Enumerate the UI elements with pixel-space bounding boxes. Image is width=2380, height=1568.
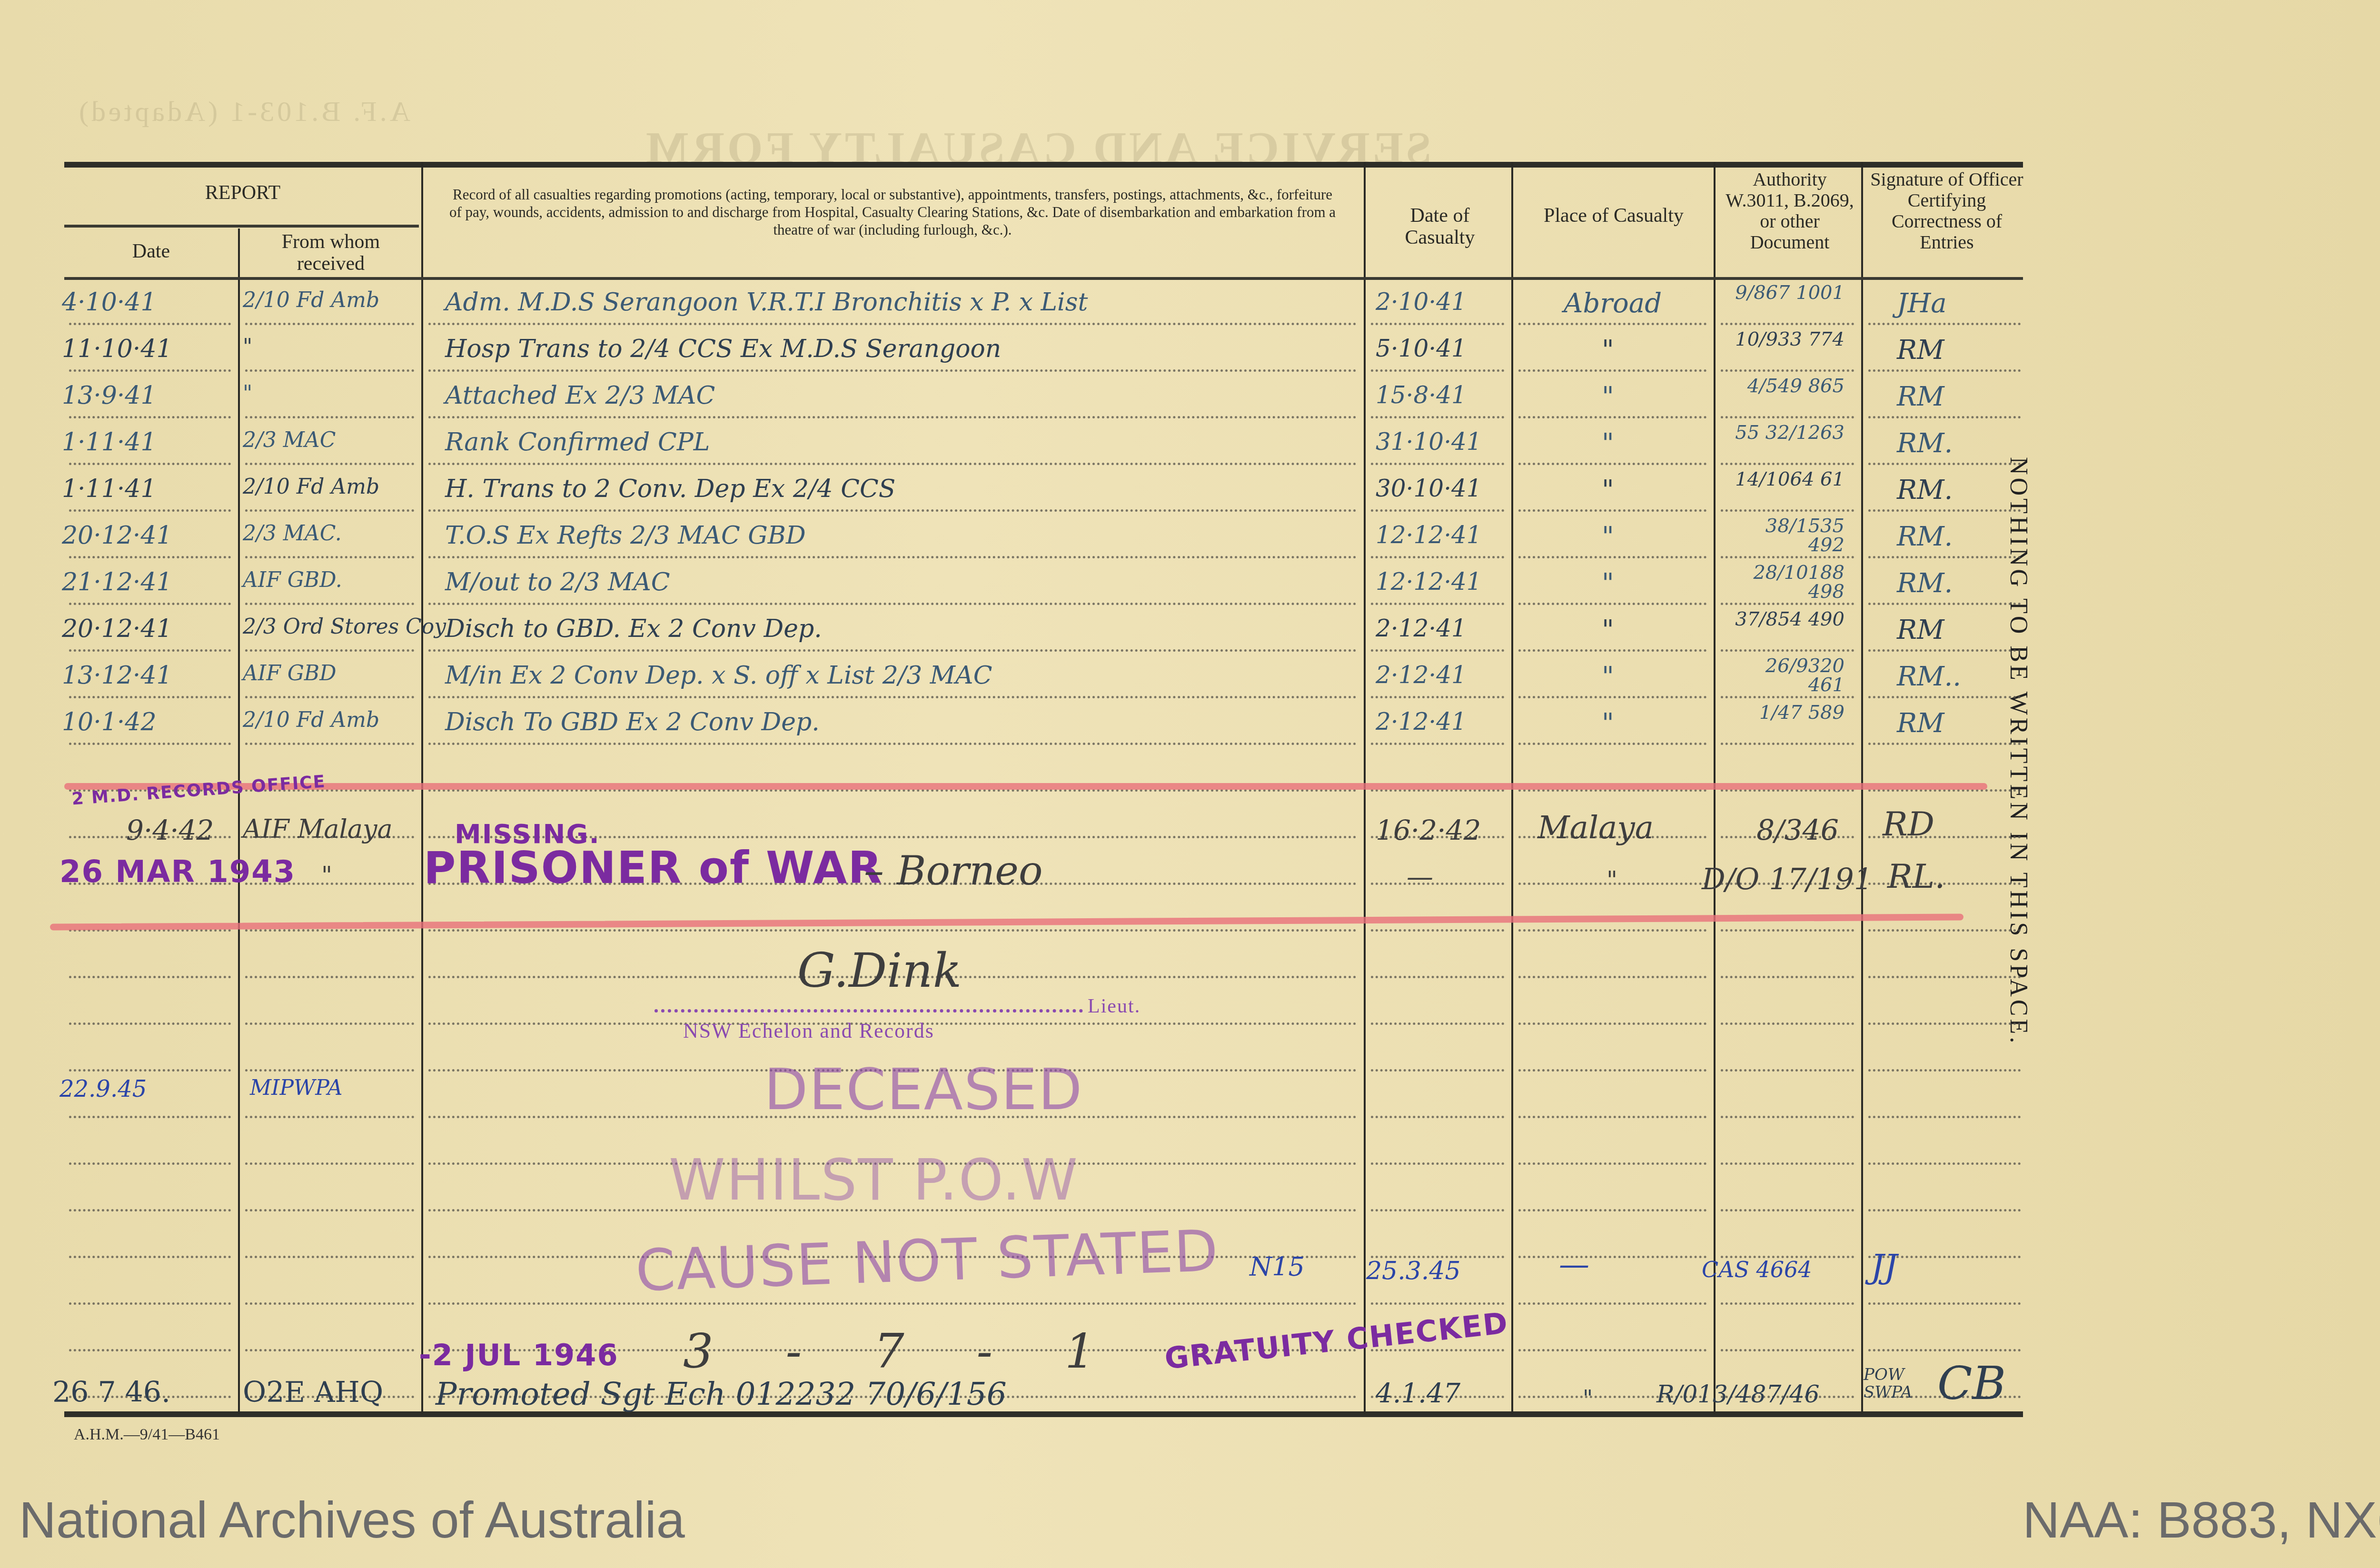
row-date-casualty: 2·12·41: [1376, 661, 1467, 689]
ruled-line: [1371, 509, 1504, 512]
ruled-line: [245, 1116, 414, 1118]
ruled-line: [1518, 369, 1706, 372]
row-from: ": [243, 335, 252, 359]
row-place: ": [1602, 708, 1614, 739]
ruled-line: [1721, 416, 1854, 418]
row-date: 11·10·41: [62, 335, 172, 363]
pow-row2-place: ": [1606, 866, 1617, 894]
header-authority: Authority W.3011, B.2069, or other Docum…: [1723, 169, 1856, 253]
ruled-line: [1371, 1162, 1504, 1165]
row-date: 20·12·41: [62, 615, 172, 643]
pow-borneo: – Borneo: [864, 847, 1043, 894]
ruled-line: [69, 416, 231, 418]
row-signature: RM: [1897, 335, 1944, 366]
row-date: 13·12·41: [62, 661, 172, 690]
row-place: ": [1602, 335, 1614, 366]
ruled-line: [1371, 929, 1504, 932]
cause-not-stated-stamp: CAUSE NOT STATED: [635, 1218, 1220, 1305]
ruled-line: [1868, 323, 2021, 325]
row-date: 10·1·42: [62, 708, 156, 736]
row-record: Disch To GBD Ex 2 Conv Dep.: [445, 708, 820, 736]
ruled-line: [1518, 416, 1706, 418]
ruled-line: [245, 1209, 414, 1211]
ruled-line: [69, 976, 231, 978]
row-from: 2/3 MAC: [243, 428, 336, 452]
ruled-line: [1371, 323, 1504, 325]
ruled-line: [245, 369, 414, 372]
ruled-line: [1721, 929, 1854, 932]
final-row-place: ": [1583, 1385, 1593, 1411]
bottom-rule: [64, 1411, 2023, 1417]
jul-1946-stamp: -2 JUL 1946: [419, 1338, 619, 1372]
final-row-from: O2E AHQ: [243, 1376, 383, 1409]
row-signature: RM.: [1897, 521, 1953, 552]
ruled-line: [1868, 976, 2021, 978]
row-authority: 4/549 865: [1730, 377, 1844, 396]
ruled-line: [1518, 1162, 1706, 1165]
header-signature: Signature of Officer Certifying Correctn…: [1868, 169, 2025, 253]
final-row-date-casualty: 4.1.47: [1376, 1378, 1460, 1409]
ruled-line: [1518, 556, 1706, 558]
row-authority: 10/933 774: [1730, 330, 1844, 349]
header-place-of-casualty: Place of Casualty: [1521, 205, 1706, 227]
ruled-line: [69, 1116, 231, 1118]
ruled-line: [1518, 743, 1706, 745]
ruled-line: [1518, 696, 1706, 698]
ruled-line: [1518, 1302, 1706, 1305]
ruled-line: [1371, 696, 1504, 698]
prisoner-of-war-stamp: PRISONER of WAR: [424, 843, 883, 893]
pow-row2-from: ": [321, 862, 332, 889]
ruled-line: [245, 323, 414, 325]
header-from-whom: From whom received: [250, 231, 412, 275]
ruled-line: [245, 1302, 414, 1305]
ruled-line: [245, 509, 414, 512]
ruled-line: [1868, 603, 2021, 605]
deceased-stamp: DECEASED: [764, 1057, 1083, 1123]
echelon-stamp: NSW Echelon and Records: [683, 1019, 934, 1043]
ruled-line: [245, 929, 414, 932]
ruled-line: [1721, 1069, 1854, 1072]
ruled-line: [1371, 463, 1504, 465]
ruled-line: [428, 463, 1357, 465]
pow-row1-from: AIF Malaya: [243, 814, 393, 844]
n15-date-casualty: 25.3.45: [1366, 1257, 1460, 1285]
ruled-line: [428, 649, 1357, 652]
header-record: Record of all casualties regarding promo…: [445, 186, 1340, 239]
row-signature: RM: [1897, 708, 1944, 739]
ruled-line: [1868, 1162, 2021, 1165]
header-date: Date: [64, 240, 238, 262]
ruled-line: [1371, 603, 1504, 605]
row-date-casualty: 30·10·41: [1376, 475, 1482, 502]
ruled-line: [1868, 1116, 2021, 1118]
row-from: AIF GBD.: [243, 568, 342, 592]
row-record: H. Trans to 2 Conv. Dep Ex 2/4 CCS: [445, 475, 895, 503]
ruled-line: [245, 1069, 414, 1072]
ruled-line: [1868, 1209, 2021, 1211]
row-authority: 55 32/1263: [1730, 423, 1844, 442]
n15-authority: CAS 4664: [1702, 1257, 1812, 1282]
ruled-line: [69, 509, 231, 512]
ruled-line: [1371, 883, 1504, 885]
ruled-line: [1868, 743, 2021, 745]
officer-signature: G.Dink: [797, 943, 962, 998]
final-row-date: 26 7 46.: [52, 1376, 170, 1409]
row-date-casualty: 12·12·41: [1376, 521, 1482, 549]
row-from: 2/10 Fd Amb: [243, 475, 379, 499]
red-rule-top: [64, 783, 1987, 790]
ruled-line: [1518, 929, 1706, 932]
ruled-line: [245, 556, 414, 558]
row-date: 1·11·41: [62, 475, 156, 503]
row-date: 13·9·41: [62, 381, 156, 410]
ruled-line: [69, 603, 231, 605]
row-authority: 26/9320 461: [1730, 656, 1844, 695]
row-authority: 9/867 1001: [1730, 283, 1844, 302]
ruled-line: [69, 1069, 231, 1072]
ruled-line: [1721, 1022, 1854, 1025]
ruled-line: [1721, 463, 1854, 465]
final-row-record: Promoted Sgt Ech 012232 70/6/156: [436, 1376, 1007, 1412]
print-code: A.H.M.—9/41—B461: [74, 1426, 220, 1444]
ruled-line: [428, 509, 1357, 512]
row-place: ": [1602, 661, 1614, 692]
ruled-line: [1721, 1302, 1854, 1305]
n15-signature: JJ: [1871, 1247, 1897, 1286]
ruled-line: [1721, 696, 1854, 698]
ruled-line: [1518, 1116, 1706, 1118]
final-row-signature: CB: [1937, 1357, 2006, 1410]
row-record: Disch to GBD. Ex 2 Conv Dep.: [445, 615, 822, 643]
ruled-line: [245, 649, 414, 652]
row-record: M/out to 2/3 MAC: [445, 568, 670, 596]
ruled-line: [1721, 556, 1854, 558]
row-place: ": [1602, 475, 1614, 506]
whilst-pow-stamp: WHILST P.O.W: [669, 1147, 1079, 1213]
ruled-line: [1518, 603, 1706, 605]
ruled-line: [245, 603, 414, 605]
ruled-line: [1518, 976, 1706, 978]
row-from: 2/3 Ord Stores Coy: [243, 615, 446, 639]
ruled-line: [1721, 1209, 1854, 1211]
row-date: 21·12·41: [62, 568, 172, 596]
ruled-line: [428, 556, 1357, 558]
row-from: 2/10 Fd Amb: [243, 708, 379, 732]
row-signature: RM.: [1897, 568, 1953, 599]
row-signature: RM.: [1897, 475, 1953, 506]
ruled-line: [1868, 1069, 2021, 1072]
row-from: 2/3 MAC.: [243, 521, 342, 546]
n15-record: N15: [1249, 1252, 1305, 1282]
row-signature: RM..: [1897, 661, 1961, 692]
ruled-line: [69, 1256, 231, 1258]
ruled-line: [245, 463, 414, 465]
ruled-line: [245, 416, 414, 418]
row-place: ": [1602, 381, 1614, 412]
ruled-line: [1868, 929, 2021, 932]
records-office-stamp: 2 M.D. RECORDS OFFICE: [71, 772, 326, 809]
row-date: 4·10·41: [62, 288, 156, 317]
header-bottom-rule: [64, 277, 2023, 280]
ruled-line: [245, 743, 414, 745]
ruled-line: [1721, 1116, 1854, 1118]
row-record: M/in Ex 2 Conv Dep. x S. off x List 2/3 …: [445, 661, 992, 690]
ruled-line: [1371, 976, 1504, 978]
row-date-casualty: 12·12·41: [1376, 568, 1482, 595]
footer-reference: NAA: B883, NX69389: [2023, 1490, 2380, 1549]
ruled-line: [1868, 556, 2021, 558]
ruled-line: [428, 369, 1357, 372]
ruled-line: [1518, 1209, 1706, 1211]
gratuity-checked-stamp: GRATUITY CHECKED: [1163, 1305, 1510, 1376]
row-from: AIF GBD: [243, 661, 336, 685]
header-report: REPORT: [64, 182, 421, 204]
row-place: ": [1602, 615, 1614, 645]
ruled-line: [1721, 1349, 1854, 1351]
gratuity-numbers: 3 - 7 - 1: [683, 1323, 1124, 1379]
ruled-line: [245, 1349, 414, 1351]
row-signature: RM: [1897, 381, 1944, 412]
pow-row1-date: 9·4·42: [126, 814, 214, 846]
signature-line: [654, 1009, 1083, 1012]
ruled-line: [1518, 1256, 1706, 1258]
row-record: Rank Confirmed CPL: [445, 428, 710, 457]
ruled-line: [69, 696, 231, 698]
ruled-line: [245, 1162, 414, 1165]
ruled-line: [1721, 603, 1854, 605]
ruled-line: [1721, 743, 1854, 745]
ruled-line: [1868, 1302, 2021, 1305]
ruled-line: [1721, 323, 1854, 325]
row-date-casualty: 5·10·41: [1376, 335, 1467, 362]
row-date-casualty: 15·8·41: [1376, 381, 1467, 409]
row-date-casualty: 2·12·41: [1376, 615, 1467, 642]
row-date-casualty: 31·10·41: [1376, 428, 1482, 456]
row-date: 20·12·41: [62, 521, 172, 550]
ruled-line: [428, 603, 1357, 605]
ruled-line: [245, 1256, 414, 1258]
pow-row1-place: Malaya: [1537, 809, 1654, 846]
ruled-line: [1371, 416, 1504, 418]
ruled-line: [245, 696, 414, 698]
ruled-line: [1371, 1302, 1504, 1305]
top-rule: [64, 162, 2023, 168]
row-record: T.O.S Ex Refts 2/3 MAC GBD: [445, 521, 806, 550]
pow-row1-date-casualty: 16·2·42: [1376, 814, 1481, 846]
ruled-line: [1371, 1116, 1504, 1118]
row-place: ": [1602, 428, 1614, 459]
row-record: Attached Ex 2/3 MAC: [445, 381, 715, 410]
pow-row2-authority: D/O 17/191: [1702, 862, 1873, 896]
row-place: ": [1602, 521, 1614, 552]
deceased-row-from: MIPWPA: [250, 1076, 343, 1100]
ruled-line: [69, 369, 231, 372]
row-signature: JHa: [1897, 288, 1947, 319]
ruled-line: [428, 743, 1357, 745]
ruled-line: [428, 416, 1357, 418]
ruled-line: [69, 1022, 231, 1025]
n15-place: —: [1559, 1247, 1589, 1282]
header-date-of-casualty: Date of Casualty: [1373, 205, 1507, 248]
row-place: ": [1602, 568, 1614, 599]
casualty-form: REPORT Date From whom received Record of…: [64, 162, 2023, 1419]
row-record: Hosp Trans to 2/4 CCS Ex M.D.S Serangoon: [445, 335, 1001, 363]
final-row-authority: R/013/487/46: [1656, 1380, 1820, 1408]
ruled-line: [69, 743, 231, 745]
ruled-line: [1868, 1349, 2021, 1351]
header-report-rule: [64, 225, 419, 228]
ruled-line: [1868, 1022, 2021, 1025]
ruled-line: [69, 1349, 231, 1351]
row-authority: 37/854 490: [1730, 610, 1844, 629]
row-authority: 1/47 589: [1730, 703, 1844, 722]
row-authority: 28/10188 498: [1730, 563, 1844, 601]
ruled-line: [1518, 1349, 1706, 1351]
col-divider: [238, 228, 240, 1414]
deceased-row-date: 22.9.45: [59, 1076, 147, 1102]
row-from: ": [243, 381, 252, 406]
ruled-line: [69, 1209, 231, 1211]
pow-row2-signature: RL.: [1887, 857, 1945, 896]
ruled-line: [1371, 1209, 1504, 1211]
row-authority: 14/1064 61: [1730, 470, 1844, 489]
ruled-line: [1371, 556, 1504, 558]
ruled-line: [428, 1302, 1357, 1305]
ruled-line: [1371, 1069, 1504, 1072]
row-signature: RM: [1897, 615, 1944, 645]
ruled-line: [1721, 369, 1854, 372]
row-authority: 38/1535 492: [1730, 516, 1844, 555]
pow-row1-signature: RD: [1883, 804, 1934, 844]
row-signature: RM.: [1897, 428, 1953, 459]
ruled-line: [69, 323, 231, 325]
ruled-line: [1721, 1162, 1854, 1165]
ruled-line: [1868, 649, 2021, 652]
row-record: Adm. M.D.S Serangoon V.R.T.I Bronchitis …: [445, 288, 1088, 317]
ruled-line: [428, 929, 1357, 932]
ruled-line: [428, 696, 1357, 698]
ruled-line: [245, 1022, 414, 1025]
ruled-line: [1518, 463, 1706, 465]
ruled-line: [1868, 509, 2021, 512]
final-row-authority-note: POW SWPA: [1864, 1366, 1916, 1402]
bleed-through-form-number: A.F. B.103-1 (Adapted): [76, 95, 410, 128]
row-date-casualty: 2·12·41: [1376, 708, 1467, 735]
ruled-line: [69, 463, 231, 465]
red-rule-bottom: [50, 913, 1963, 930]
ruled-line: [1721, 509, 1854, 512]
ruled-line: [1518, 509, 1706, 512]
ruled-line: [69, 649, 231, 652]
ruled-line: [1721, 649, 1854, 652]
ruled-line: [1868, 416, 2021, 418]
ruled-line: [69, 556, 231, 558]
ruled-line: [1868, 369, 2021, 372]
row-date-casualty: 2·10·41: [1376, 288, 1467, 316]
ruled-line: [69, 1162, 231, 1165]
ruled-line: [1868, 696, 2021, 698]
row-from: 2/10 Fd Amb: [243, 288, 379, 312]
ruled-line: [1721, 976, 1854, 978]
pow-row2-date-casualty: —: [1407, 862, 1433, 893]
ruled-line: [1518, 649, 1706, 652]
ruled-line: [1518, 1022, 1706, 1025]
ruled-line: [1371, 743, 1504, 745]
lieut-stamp: Lieut.: [1088, 995, 1140, 1018]
ruled-line: [1518, 323, 1706, 325]
pow-row1-authority: 8/346: [1756, 814, 1839, 847]
row-place: Abroad: [1564, 288, 1662, 319]
row-date: 1·11·41: [62, 428, 156, 457]
ruled-line: [1371, 649, 1504, 652]
date-stamp-1943: 26 MAR 1943: [59, 854, 296, 890]
ruled-line: [69, 1302, 231, 1305]
ruled-line: [1371, 369, 1504, 372]
footer-archive-name: National Archives of Australia: [19, 1490, 685, 1549]
ruled-line: [245, 976, 414, 978]
ruled-line: [1518, 1069, 1706, 1072]
ruled-line: [428, 323, 1357, 325]
ruled-line: [1371, 1022, 1504, 1025]
ruled-line: [1868, 463, 2021, 465]
